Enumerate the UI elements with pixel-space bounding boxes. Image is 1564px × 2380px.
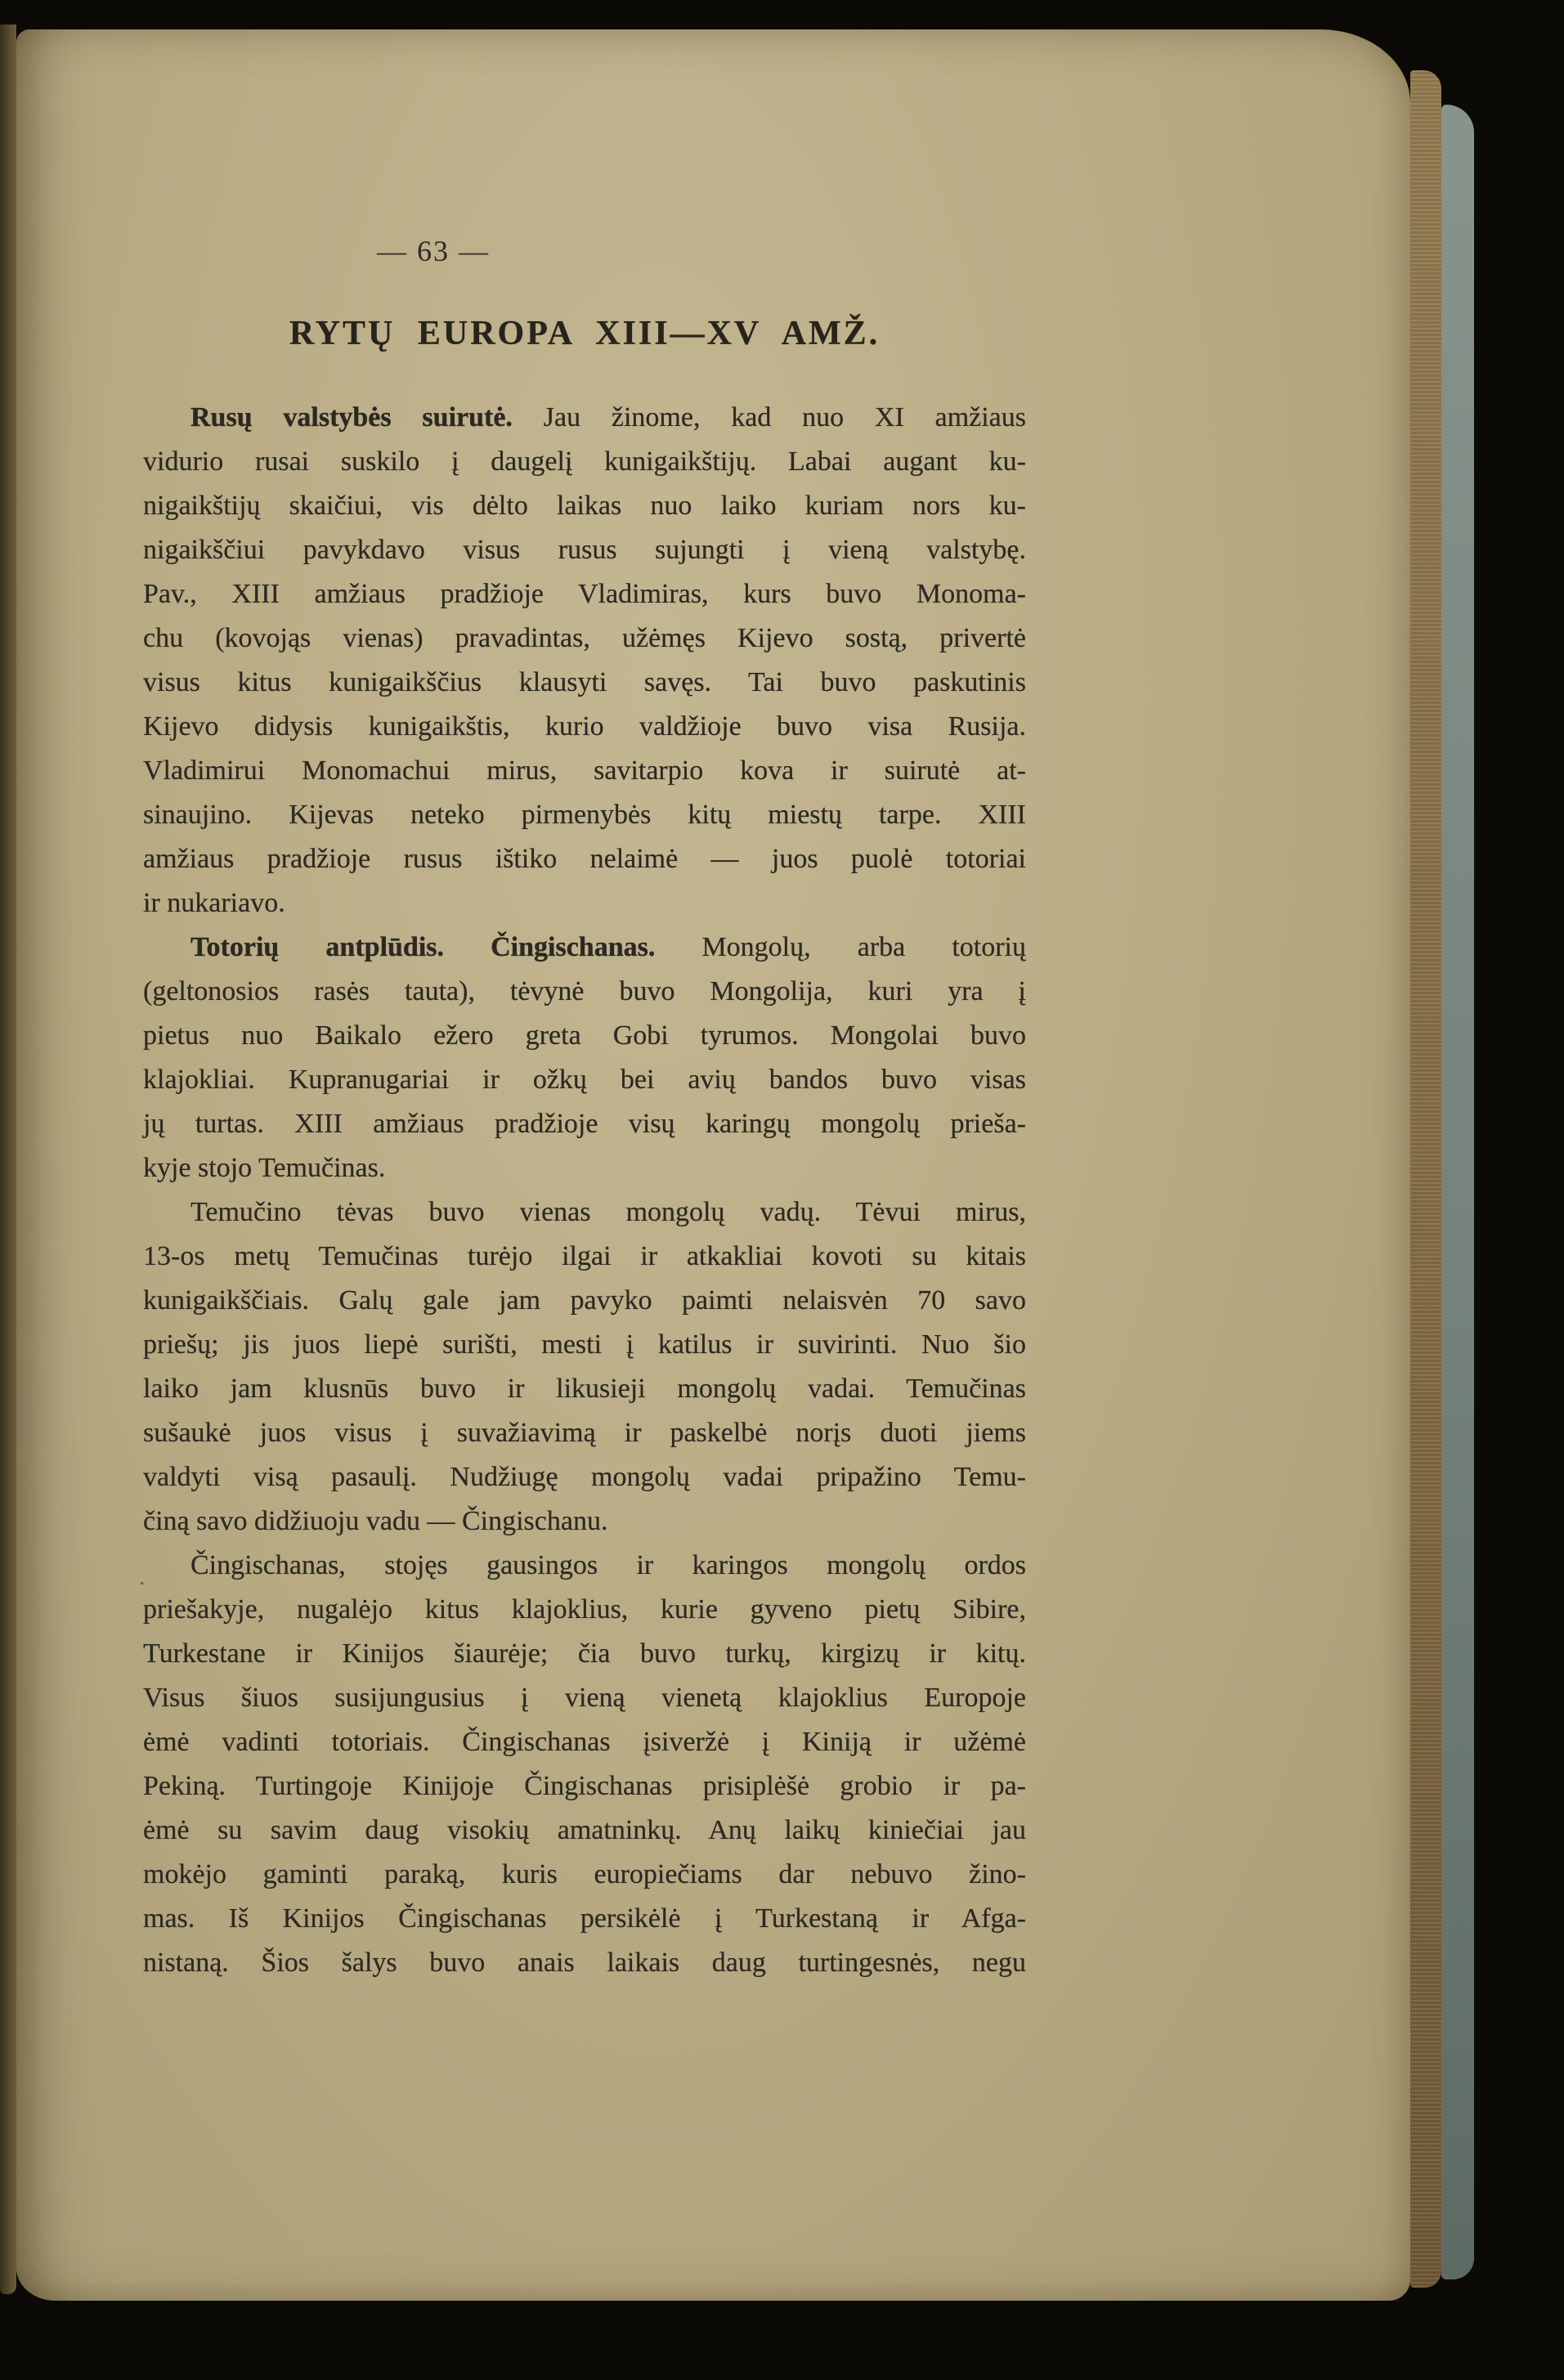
text-line: činą savo didžiuoju vadu — Čingischanu.: [143, 1499, 1026, 1544]
text-line: Totorių antplūdis. Čingischanas. Mongolų…: [143, 926, 1026, 970]
text-line: laiko jam klusnūs buvo ir likusieji mong…: [143, 1367, 1026, 1411]
text-line: Visus šiuos susijungusius į vieną vienet…: [143, 1676, 1026, 1720]
paragraph-lead: Totorių antplūdis. Čingischanas.: [190, 932, 655, 962]
text-line: mokėjo gaminti paraką, kuris europiečiam…: [143, 1853, 1026, 1897]
book-gutter-shadow: [0, 25, 16, 2294]
text-line: ir nukariavo.: [143, 881, 1026, 926]
text-line: (geltonosios rasės tauta), tėvynė buvo M…: [143, 970, 1026, 1014]
text-line: sušaukė juos visus į suvažiavimą ir pask…: [143, 1411, 1026, 1455]
text-line: mas. Iš Kinijos Čingischanas persikėlė į…: [143, 1897, 1026, 1941]
text-line: ėmė vadinti totoriais. Čingischanas įsiv…: [143, 1720, 1026, 1764]
text-line: priešų; jis juos liepė surišti, mesti į …: [143, 1323, 1026, 1367]
text-line: klajokliai. Kupranugariai ir ožkų bei av…: [143, 1058, 1026, 1102]
body-text: Rusų valstybės suirutė. Jau žinome, kad …: [143, 396, 1026, 1985]
text-line: Rusų valstybės suirutė. Jau žinome, kad …: [143, 396, 1026, 440]
text-line: ėmė su savim daug visokių amatninkų. Anų…: [143, 1809, 1026, 1853]
text-line: Čingischanas, stojęs gausingos ir karing…: [143, 1544, 1026, 1588]
text-line: valdyti visą pasaulį. Nudžiugę mongolų v…: [143, 1455, 1026, 1499]
text-line: 13-os metų Temučinas turėjo ilgai ir atk…: [143, 1235, 1026, 1279]
text-run: Jau žinome, kad nuo XI amžiaus: [544, 402, 1026, 433]
text-line: jų turtas. XIII amžiaus pradžioje visų k…: [143, 1102, 1026, 1146]
text-line: priešakyje, nugalėjo kitus klajoklius, k…: [143, 1588, 1026, 1632]
text-line: amžiaus pradžioje rusus ištiko nelaimė —…: [143, 837, 1026, 881]
text-line: nigaikštijų skaičiui, vis dėlto laikas n…: [143, 484, 1026, 528]
text-line: Vladimirui Monomachui mirus, savitarpio …: [143, 749, 1026, 793]
text-line: sinaujino. Kijevas neteko pirmenybės kit…: [143, 793, 1026, 837]
text-line: kunigaikščiais. Galų gale jam pavyko pai…: [143, 1279, 1026, 1323]
text-line: nigaikščiui pavykdavo visus rusus sujung…: [143, 528, 1026, 572]
page-title: RYTŲ EUROPA XIII—XV AMŽ.: [143, 314, 1026, 353]
text-line: pietus nuo Baikalo ežero greta Gobi tyru…: [143, 1014, 1026, 1058]
text-line: Pav., XIII amžiaus pradžioje Vladimiras,…: [143, 572, 1026, 616]
text-line: nistaną. Šios šalys buvo anais laikais d…: [143, 1941, 1026, 1985]
back-cover-edge: [1441, 105, 1474, 2279]
text-line: Kijevo didysis kunigaikštis, kurio valdž…: [143, 705, 1026, 749]
text-line: vidurio rusai suskilo į daugelį kunigaik…: [143, 440, 1026, 484]
text-line: visus kitus kunigaikščius klausyti savęs…: [143, 661, 1026, 705]
text-line: Turkestane ir Kinijos šiaurėje; čia buvo…: [143, 1632, 1026, 1676]
paragraph-lead: Rusų valstybės suirutė.: [190, 402, 513, 433]
page-number: — 63 —: [335, 234, 531, 268]
text-line: kyje stojo Temučinas.: [143, 1146, 1026, 1190]
text-line: Pekiną. Turtingoje Kinijoje Čingischanas…: [143, 1764, 1026, 1809]
page-block-edge: [1410, 70, 1441, 2288]
book-page: — 63 — RYTŲ EUROPA XIII—XV AMŽ. . Rusų v…: [16, 29, 1410, 2301]
text-line: Temučino tėvas buvo vienas mongolų vadų.…: [143, 1190, 1026, 1235]
text-line: chu (kovojąs vienas) pravadintas, užėmęs…: [143, 616, 1026, 661]
scanned-book-photo: — 63 — RYTŲ EUROPA XIII—XV AMŽ. . Rusų v…: [0, 0, 1564, 2380]
text-run: Mongolų, arba totorių: [701, 932, 1026, 962]
